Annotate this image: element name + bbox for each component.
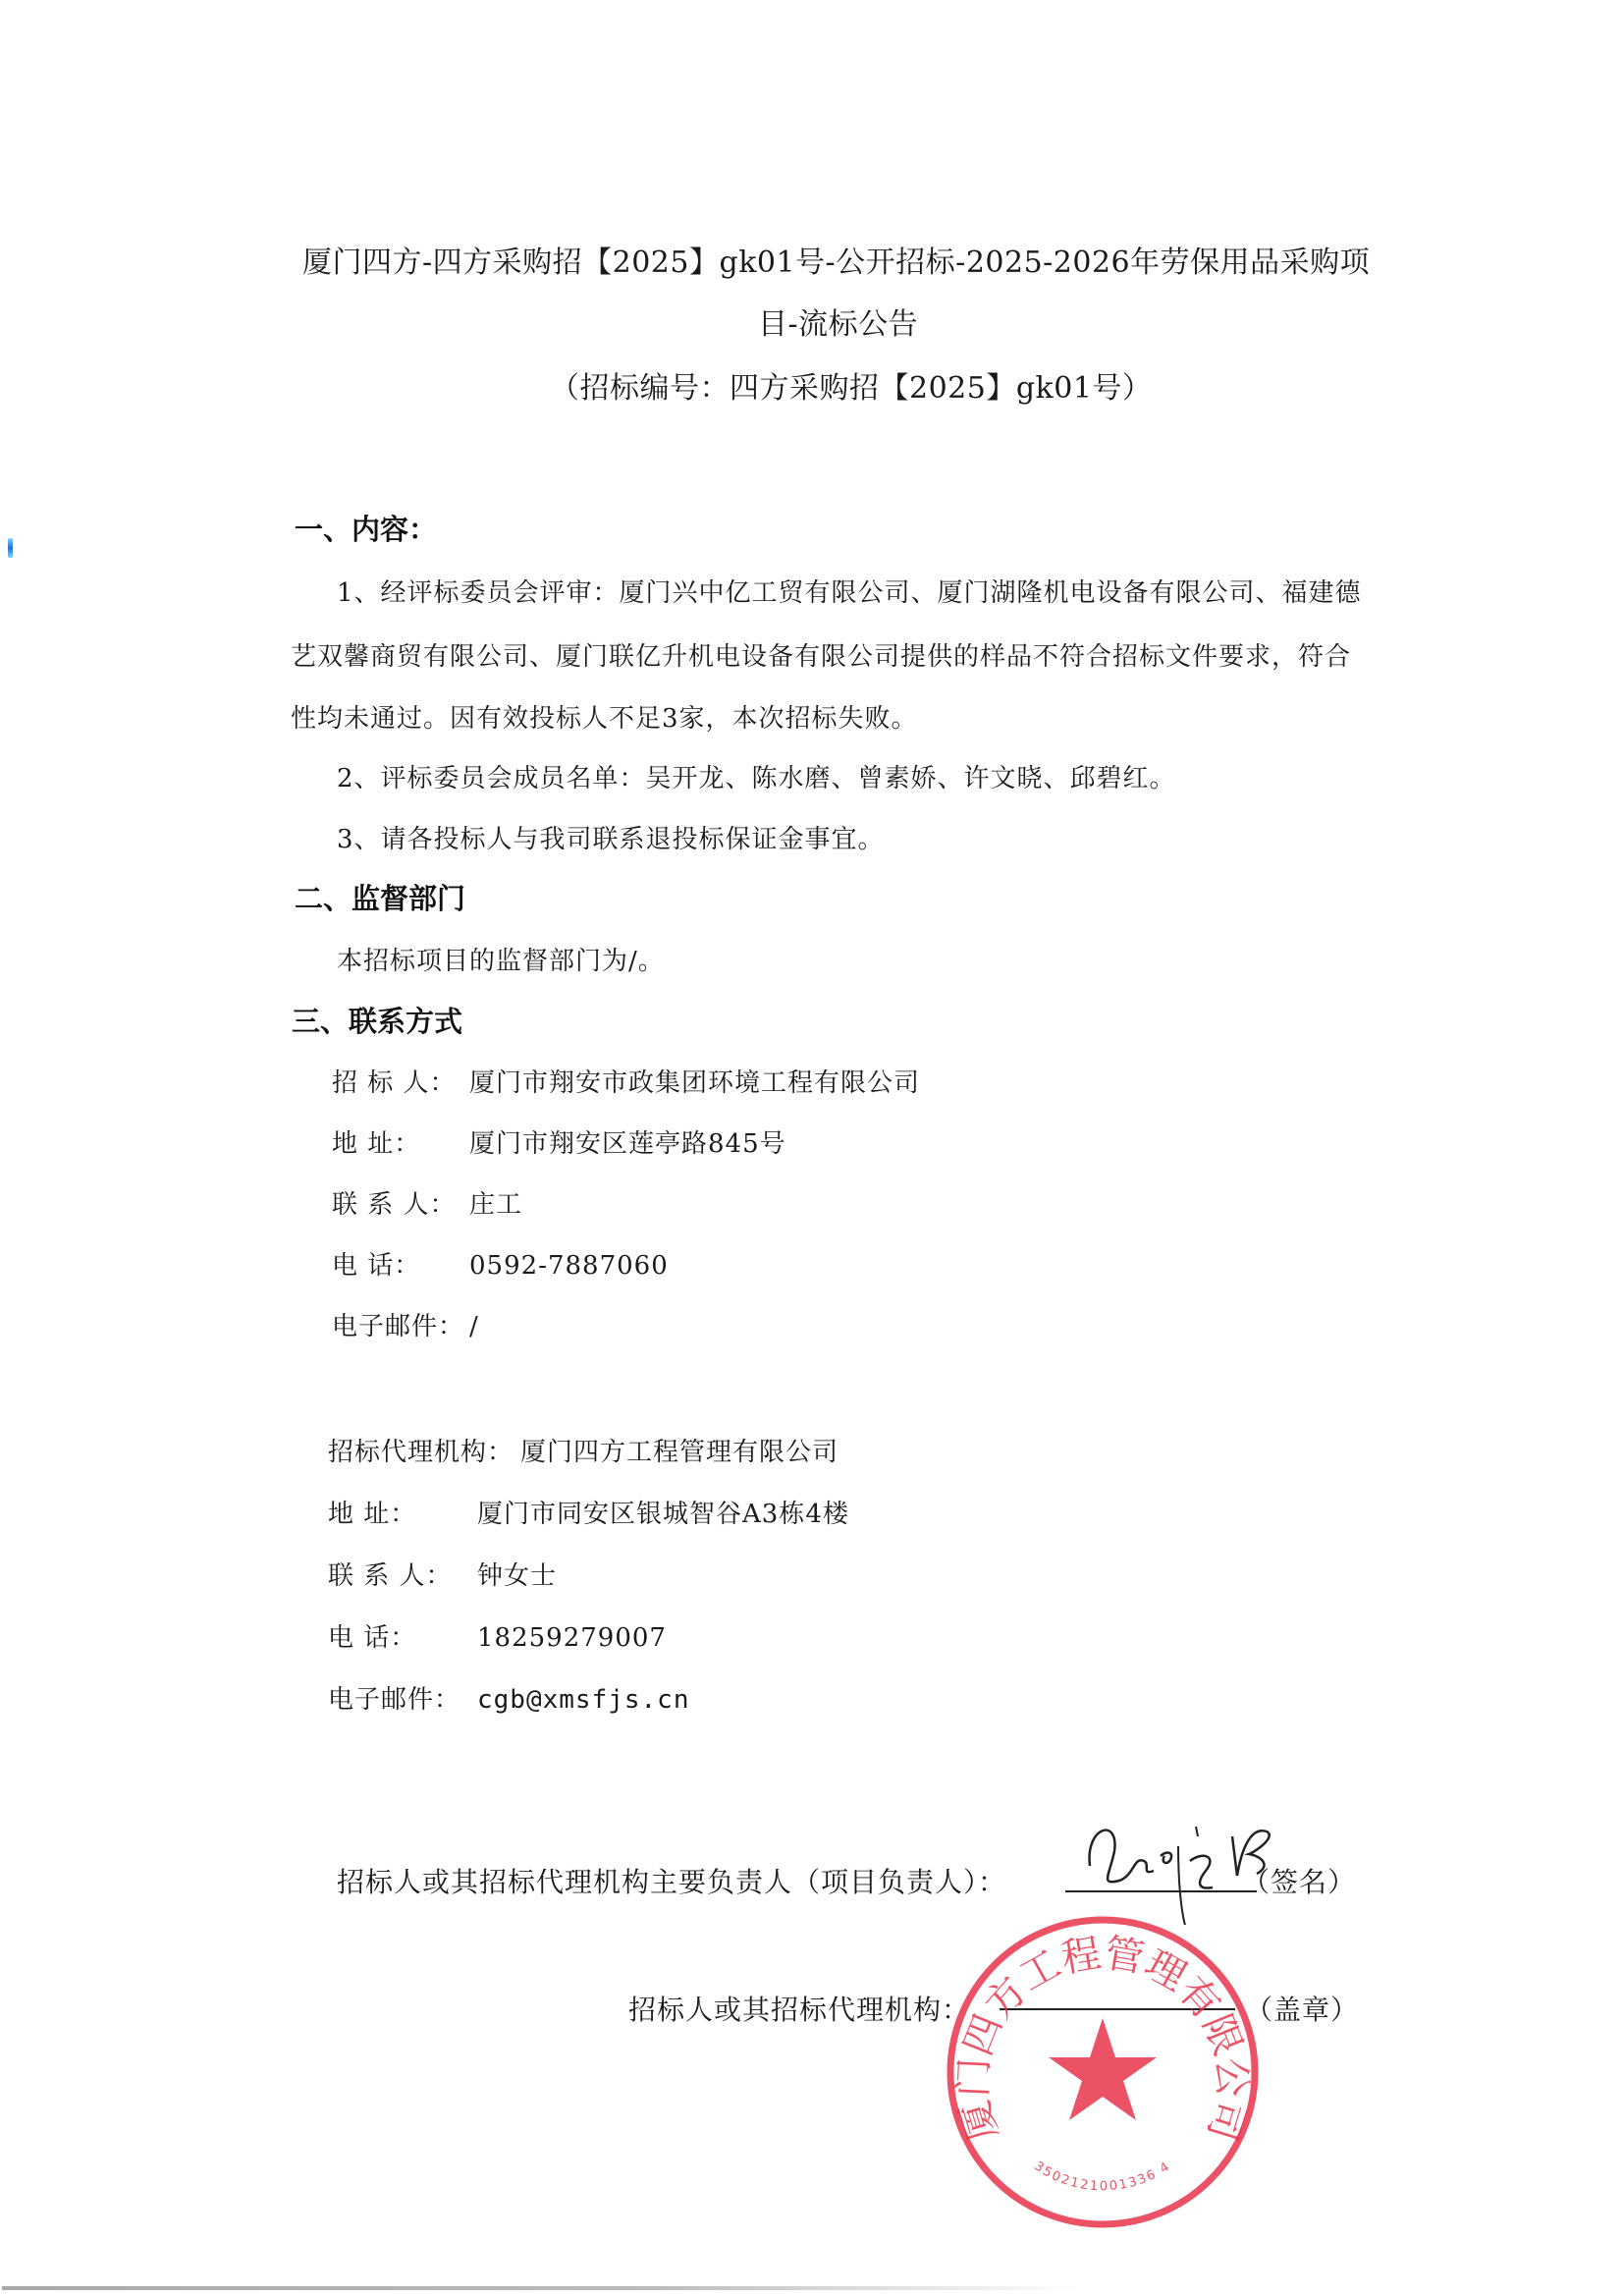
tenderer-contact-row: 联 系 人：庄工 <box>332 1184 522 1221</box>
agency-name-row: 招标代理机构：厦门四方工程管理有限公司 <box>328 1432 839 1468</box>
agency-email-label: 电子邮件： <box>328 1679 477 1716</box>
agency-name-value: 厦门四方工程管理有限公司 <box>520 1438 839 1467</box>
agency-contact-row: 联 系 人：钟女士 <box>328 1556 557 1592</box>
tenderer-name-label: 招 标 人： <box>332 1063 469 1099</box>
agency-address-value: 厦门市同安区银城智谷A3栋4楼 <box>477 1500 849 1529</box>
content-item-3: 3、请各投标人与我司联系退投标保证金事宜。 <box>337 819 885 855</box>
section-heading-supervision: 二、监督部门 <box>295 877 465 917</box>
scan-edge-line <box>2 2286 1082 2290</box>
tenderer-contact-value: 庄工 <box>469 1190 522 1220</box>
svg-text:3502121001336 4: 3502121001336 4 <box>1031 2159 1173 2194</box>
agency-address-row: 地 址：厦门市同安区银城智谷A3栋4楼 <box>328 1494 849 1530</box>
company-seal-icon: 厦门四方工程管理有限公司 3502121001336 4 <box>941 1910 1265 2234</box>
scan-artifact <box>8 538 13 558</box>
content-item-2: 2、评标委员会成员名单：吴开龙、陈水磨、曾素娇、许文晓、邱碧红。 <box>337 758 1176 794</box>
tenderer-address-label: 地 址： <box>332 1123 469 1160</box>
content-item-1-line1: 1、经评标委员会评审：厦门兴中亿工贸有限公司、厦门湖隆机电设备有限公司、福建德 <box>337 573 1362 609</box>
tenderer-email-value: / <box>469 1312 479 1341</box>
tenderer-phone-row: 电 话：0592-7887060 <box>332 1245 669 1282</box>
tenderer-address-value: 厦门市翔安区莲亭路845号 <box>469 1129 786 1159</box>
content-item-1-line3: 性均未通过。因有效投标人不足3家，本次招标失败。 <box>291 698 918 735</box>
agency-phone-row: 电 话：18259279007 <box>328 1617 667 1654</box>
agency-email-row: 电子邮件：cgb@xmsfjs.cn <box>328 1679 690 1716</box>
agency-email-value: cgb@xmsfjs.cn <box>477 1685 690 1715</box>
tenderer-name-value: 厦门市翔安市政集团环境工程有限公司 <box>469 1068 920 1098</box>
tender-number: （招标编号：四方采购招【2025】gk01号） <box>550 363 1152 407</box>
agency-phone-label: 电 话： <box>328 1617 477 1654</box>
tenderer-email-label: 电子邮件： <box>332 1306 469 1342</box>
section-heading-content: 一、内容： <box>295 508 437 548</box>
document-page: 厦门四方-四方采购招【2025】gk01号-公开招标-2025-2026年劳保用… <box>0 0 1623 2296</box>
supervision-body: 本招标项目的监督部门为/。 <box>337 941 665 977</box>
section-heading-contact: 三、联系方式 <box>292 1000 462 1040</box>
agency-phone-value: 18259279007 <box>477 1623 667 1653</box>
tenderer-contact-label: 联 系 人： <box>332 1184 469 1221</box>
content-item-1-line2: 艺双馨商贸有限公司、厦门联亿升机电设备有限公司提供的样品不符合招标文件要求，符合 <box>291 636 1351 673</box>
tenderer-email-row: 电子邮件：/ <box>332 1306 479 1342</box>
signature-label: 招标人或其招标代理机构主要负责人（项目负责人）： <box>337 1861 1006 1900</box>
seal-label: 招标人或其招标代理机构： <box>628 1989 970 2028</box>
agency-address-label: 地 址： <box>328 1494 477 1530</box>
seal-number: 3502121001336 4 <box>1031 2159 1173 2194</box>
agency-name-label: 招标代理机构： <box>328 1432 520 1468</box>
document-title-line1: 厦门四方-四方采购招【2025】gk01号-公开招标-2025-2026年劳保用… <box>302 238 1370 281</box>
document-title-line2: 目-流标公告 <box>758 300 918 343</box>
agency-contact-value: 钟女士 <box>477 1561 557 1591</box>
tenderer-name-row: 招 标 人：厦门市翔安市政集团环境工程有限公司 <box>332 1063 920 1099</box>
agency-contact-label: 联 系 人： <box>328 1556 477 1592</box>
tenderer-phone-label: 电 话： <box>332 1245 469 1282</box>
handwritten-signature-icon <box>1080 1807 1296 1925</box>
tenderer-address-row: 地 址：厦门市翔安区莲亭路845号 <box>332 1123 786 1160</box>
tenderer-phone-value: 0592-7887060 <box>469 1251 669 1281</box>
